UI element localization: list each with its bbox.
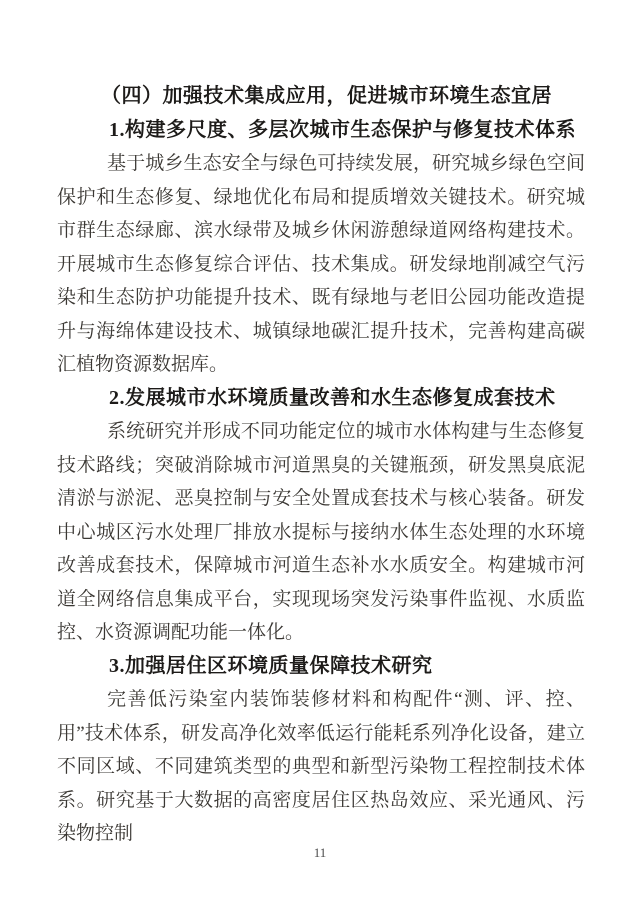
subsection-heading-1: 1.构建多尺度、多层次城市生态保护与修复技术体系 [57,114,585,148]
subsection-heading-3: 3.加强居住区环境质量保障技术研究 [57,650,585,684]
section-heading: （四）加强技术集成应用，促进城市环境生态宜居 [57,80,585,114]
subsection-heading-2: 2.发展城市水环境质量改善和水生态修复成套技术 [57,382,585,416]
subsection-body-3: 完善低污染室内装饰装修材料和构配件“测、评、控、用”技术体系，研发高净化效率低运… [57,683,585,851]
document-page: （四）加强技术集成应用，促进城市环境生态宜居 1.构建多尺度、多层次城市生态保护… [0,0,640,906]
subsection-body-2: 系统研究并形成不同功能定位的城市水体构建与生态修复技术路线；突破消除城市河道黑臭… [57,415,585,650]
subsection-body-1: 基于城乡生态安全与绿色可持续发展，研究城乡绿色空间保护和生态修复、绿地优化布局和… [57,147,585,382]
document-content: （四）加强技术集成应用，促进城市环境生态宜居 1.构建多尺度、多层次城市生态保护… [0,0,640,851]
page-number: 11 [0,845,640,861]
